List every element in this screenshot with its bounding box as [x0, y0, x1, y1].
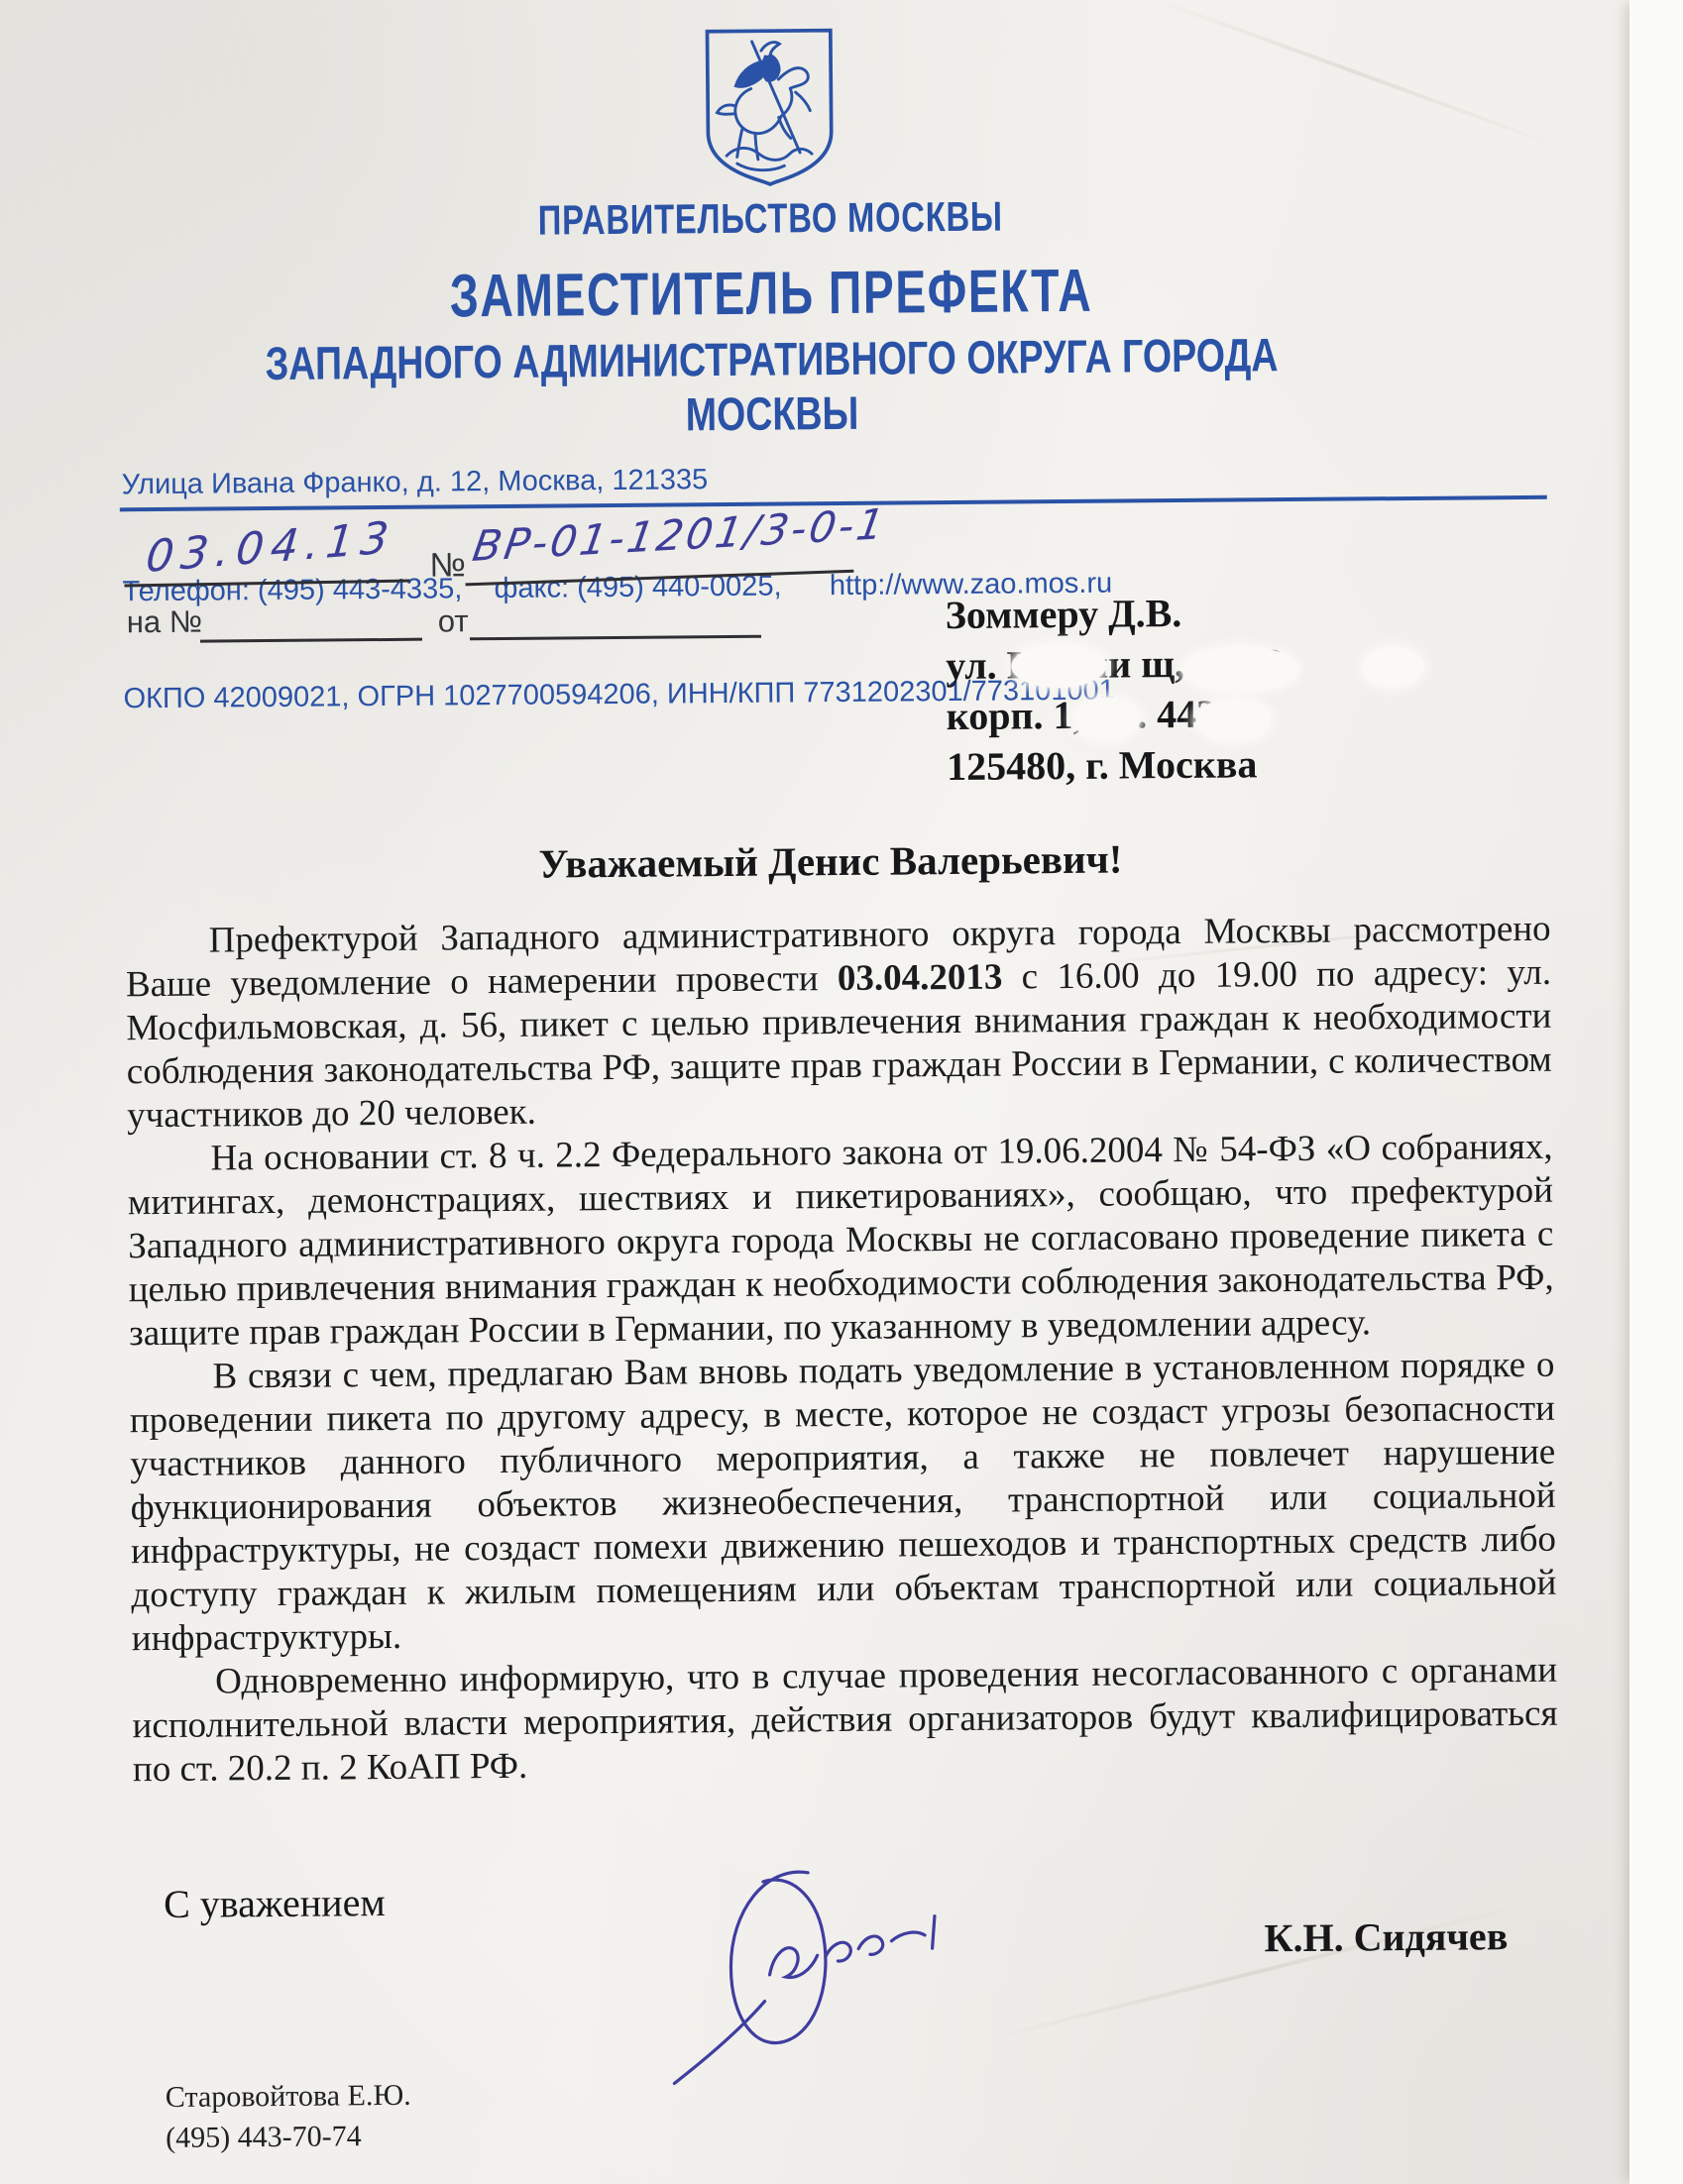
executor-name: Старовойтова Е.Ю.	[166, 2075, 411, 2118]
recipient-block: Зоммеру Д.В. ул. Р личи щ, а, д 9, корп.…	[946, 585, 1503, 792]
paragraph-2: На основании ст. 8 ч. 2.2 Федерального з…	[127, 1126, 1554, 1357]
paragraph-1-bold-date: 03.04.2013	[838, 957, 1003, 999]
org-address-line: Улица Ивана Франко, д. 12, Москва, 12133…	[121, 459, 1113, 503]
reply-to-label: на №	[127, 604, 203, 641]
paragraph-3: В связи с чем, предлагаю Вам вновь подат…	[129, 1344, 1557, 1662]
recipient-name: Зоммеру Д.В.	[946, 585, 1501, 640]
from-label: от	[438, 603, 469, 639]
executor-phone: (495) 443-70-74	[166, 2116, 411, 2158]
letter-body: Префектурой Западного административного …	[125, 908, 1558, 1793]
salutation: Уважаемый Денис Валерьевич!	[127, 831, 1534, 891]
paragraph-4: Одновременно информирую, что в случае пр…	[132, 1649, 1558, 1793]
signer-name: К.Н. Сидячев	[1264, 1912, 1508, 1961]
regards-text: С уважением	[164, 1879, 386, 1927]
moscow-coat-of-arms-icon	[682, 24, 857, 188]
paragraph-1: Префектурой Западного административного …	[125, 908, 1552, 1139]
recipient-city: 125480, г. Москва	[947, 736, 1502, 792]
letter-content: ПРАВИТЕЛЬСТВО МОСКВЫ ЗАМЕСТИТЕЛЬ ПРЕФЕКТ…	[0, 0, 1683, 2184]
letterhead: ПРАВИТЕЛЬСТВО МОСКВЫ ЗАМЕСТИТЕЛЬ ПРЕФЕКТ…	[119, 0, 1421, 446]
number-sign-label: №	[429, 546, 466, 585]
letterhead-title: ЗАМЕСТИТЕЛЬ ПРЕФЕКТА	[278, 254, 1265, 332]
handwritten-signature-icon	[638, 1831, 999, 2098]
org-name: ПРАВИТЕЛЬСТВО МОСКВЫ	[264, 190, 1277, 247]
executor-footer: Старовойтова Е.Ю. (495) 443-70-74	[166, 2075, 412, 2158]
scanned-letter-page: ПРАВИТЕЛЬСТВО МОСКВЫ ЗАМЕСТИТЕЛЬ ПРЕФЕКТ…	[0, 0, 1683, 2184]
